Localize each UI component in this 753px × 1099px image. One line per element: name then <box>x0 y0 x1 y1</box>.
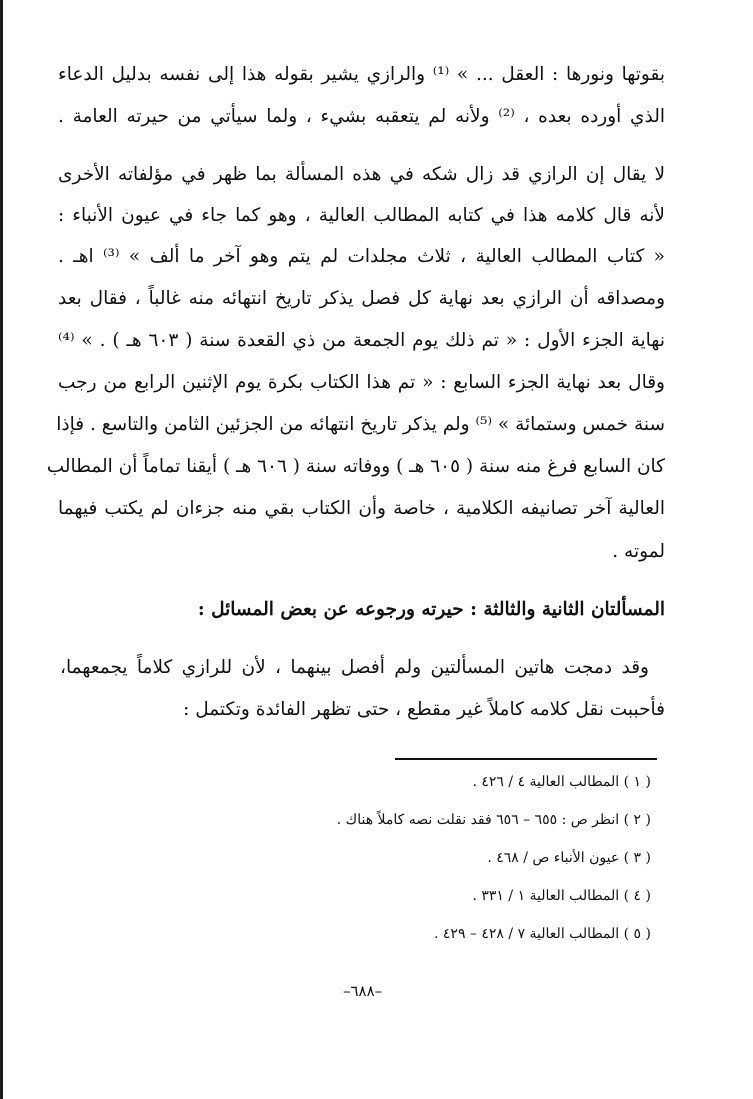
footnote-separator <box>395 758 657 760</box>
body-line: « كتاب المطالب العالية ، ثلاث مجلدات لم … <box>58 245 665 269</box>
footnote: ( ٢ ) انظر ص : ٦٥٥ – ٦٥٦ فقد نقلت نصه كا… <box>337 810 651 830</box>
page-number: –٦٨٨– <box>343 982 382 1000</box>
document-page: بقوتها ونورها : العقل ... » ⁽¹⁾ والرازي … <box>0 0 753 1099</box>
body-line: فأحببت نقل كلامه كاملاً غير مقطع ، حتى ت… <box>58 698 665 722</box>
footnote: ( ٥ ) المطالب العالية ٧ / ٤٢٨ – ٤٢٩ . <box>434 924 651 944</box>
body-line: بقوتها ونورها : العقل ... » ⁽¹⁾ والرازي … <box>58 63 665 87</box>
body-line: لموته . <box>58 540 665 564</box>
body-line: الذي أورده بعده ، ⁽²⁾ ولأنه لم يتعقبه بش… <box>58 105 665 129</box>
section-heading: المسألتان الثانية والثالثة : حيرته ورجوع… <box>198 598 665 622</box>
body-line: ومصداقه أن الرازي بعد نهاية كل فصل يذكر … <box>58 287 665 311</box>
footnote: ( ٤ ) المطالب العالية ١ / ٣٣١ . <box>472 886 651 906</box>
body-line: كان السابع فرغ منه سنة ( ٦٠٥ هـ ) ووفاته… <box>58 455 665 479</box>
body-line: وقال بعد نهاية الجزء السابع : « تم هذا ا… <box>58 371 665 395</box>
body-line: لا يقال إن الرازي قد زال شكه في هذه المس… <box>58 163 665 187</box>
body-line: نهاية الجزء الأول : « تم ذلك يوم الجمعة … <box>58 329 665 353</box>
footnote: ( ٣ ) عيون الأنباء ص / ٤٦٨ . <box>487 848 651 868</box>
body-line: العالية آخر تصانيفه الكلامية ، خاصة وأن … <box>58 497 665 521</box>
body-line: وقد دمجت هاتين المسألتين ولم أفصل بينهما… <box>60 656 649 680</box>
body-line: سنة خمس وستمائة » ⁽⁵⁾ ولم يذكر تاريخ انت… <box>58 413 665 437</box>
footnote: ( ١ ) المطالب العالية ٤ / ٤٢٦ . <box>472 772 651 792</box>
body-line: لأنه قال كلامه هذا في كتابه المطالب العا… <box>58 204 665 228</box>
